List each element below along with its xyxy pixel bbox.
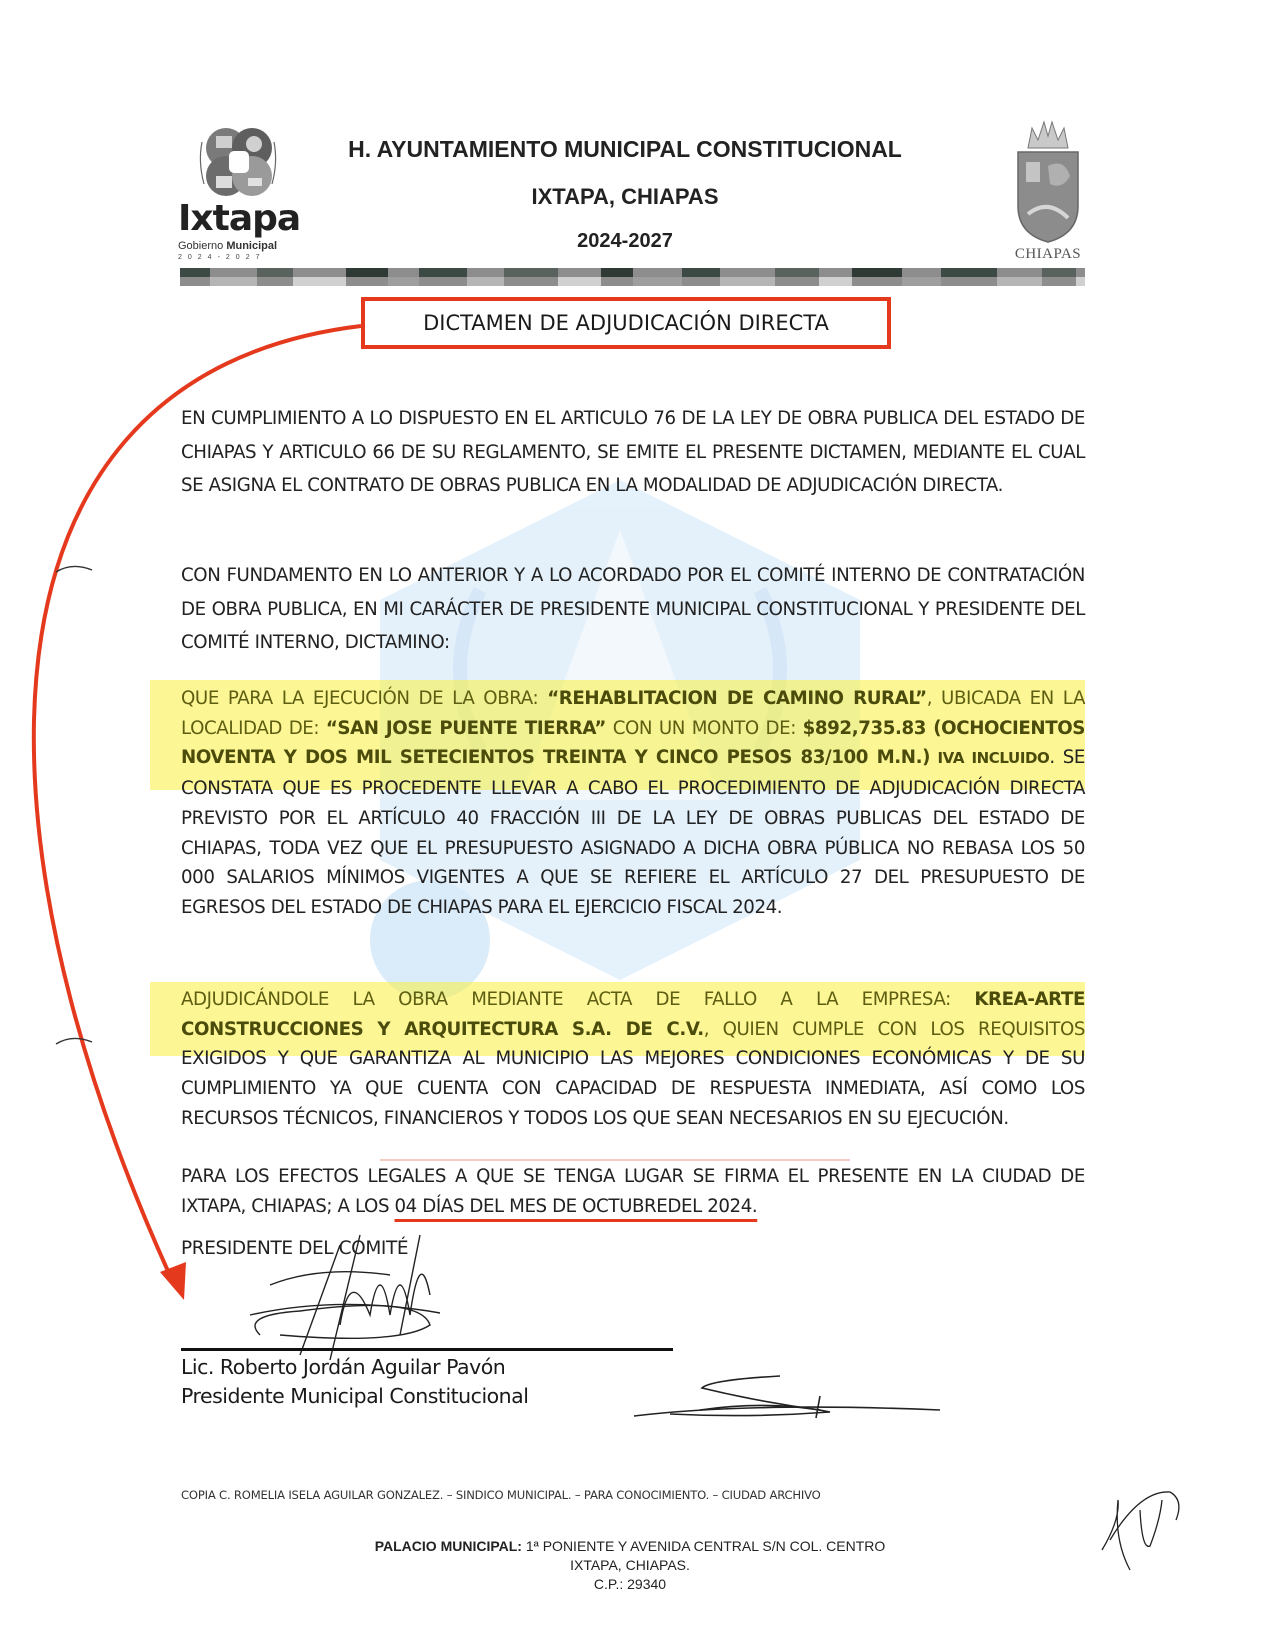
signature-line	[181, 1348, 673, 1351]
paragraph-obra-details: QUE PARA LA EJECUCIÓN DE LA OBRA: “REHAB…	[181, 684, 1085, 923]
logo-subtitle: Gobierno Municipal	[178, 240, 277, 252]
signer-title: Presidente Municipal Constitucional	[181, 1384, 528, 1408]
paragraph-legal-basis: EN CUMPLIMIENTO A LO DISPUESTO EN EL ART…	[181, 402, 1085, 503]
document-title: DICTAMEN DE ADJUDICACIÓN DIRECTA	[423, 311, 829, 335]
obra-name: “REHABLITACION DE CAMINO RURAL”	[547, 688, 927, 709]
footer-address: PALACIO MUNICIPAL: 1ª PONIENTE Y AVENIDA…	[280, 1537, 980, 1594]
document-title-box: DICTAMEN DE ADJUDICACIÓN DIRECTA	[361, 297, 891, 349]
logo-wordmark: Ixtapa	[178, 200, 298, 238]
header-period: 2024-2027	[300, 230, 950, 253]
obra-rest: . SE CONSTATA QUE ES PROCEDENTE LLEVAR A…	[181, 747, 1085, 918]
logo-subtitle-regular: Gobierno	[178, 240, 223, 252]
second-signature-icon	[630, 1372, 950, 1422]
obra-mid-2: CON UN MONTO DE:	[606, 718, 803, 739]
address-street: 1ª PONIENTE Y AVENIDA CENTRAL S/N COL. C…	[522, 1538, 885, 1554]
logo-subtitle-bold: Municipal	[226, 240, 277, 252]
carbon-copy-note: COPIA C. ROMELIA ISELA AGUILAR GONZALEZ.…	[181, 1488, 901, 1502]
address-line-2: IXTAPA, CHIAPAS.	[280, 1556, 980, 1575]
ixtapa-municipal-logo: Ixtapa Gobierno Municipal 2024-2027	[178, 120, 298, 265]
award-prefix: ADJUDICÁNDOLE LA OBRA MEDIANTE ACTA DE F…	[181, 989, 974, 1010]
obra-amount: $892,735.83	[803, 718, 926, 739]
crest-label: CHIAPAS	[1008, 246, 1088, 263]
signer-name: Lic. Roberto Jordán Aguilar Pavón	[181, 1355, 505, 1379]
address-label: PALACIO MUNICIPAL:	[375, 1538, 522, 1554]
award-rest-highlighted: , QUIEN CUMPLE CON LOS REQUISITOS	[704, 1019, 1085, 1040]
initials-signature-icon	[1100, 1480, 1185, 1580]
header-location: IXTAPA, CHIAPAS	[300, 184, 950, 210]
address-line-3: C.P.: 29340	[280, 1575, 980, 1594]
president-signature-icon	[240, 1225, 480, 1365]
chiapas-coat-of-arms-icon	[1008, 118, 1088, 246]
paragraph-award: ADJUDICÁNDOLE LA OBRA MEDIANTE ACTA DE F…	[181, 985, 1085, 1134]
header-title: H. AYUNTAMIENTO MUNICIPAL CONSTITUCIONAL	[300, 136, 950, 163]
obra-locality: “SAN JOSE PUENTE TIERRA”	[326, 718, 606, 739]
obra-iva: IVA INCLUIDO	[930, 749, 1049, 767]
municipal-logo-icon	[196, 120, 280, 204]
award-rest: EXIGIDOS Y QUE GARANTIZA AL MUNICIPIO LA…	[181, 1048, 1085, 1128]
obra-prefix: QUE PARA LA EJECUCIÓN DE LA OBRA:	[181, 688, 547, 709]
signing-date: 04 DÍAS DEL MES DE OCTUBREDEL 2024.	[394, 1196, 757, 1217]
logo-years: 2024-2027	[178, 254, 265, 261]
address-line-1: PALACIO MUNICIPAL: 1ª PONIENTE Y AVENIDA…	[280, 1537, 980, 1556]
header-decorative-stripe	[180, 268, 1085, 286]
paragraph-foundation: CON FUNDAMENTO EN LO ANTERIOR Y A LO ACO…	[181, 559, 1085, 660]
paragraph-signing: PARA LOS EFECTOS LEGALES A QUE SE TENGA …	[181, 1162, 1085, 1221]
chiapas-crest: CHIAPAS	[1008, 118, 1088, 268]
